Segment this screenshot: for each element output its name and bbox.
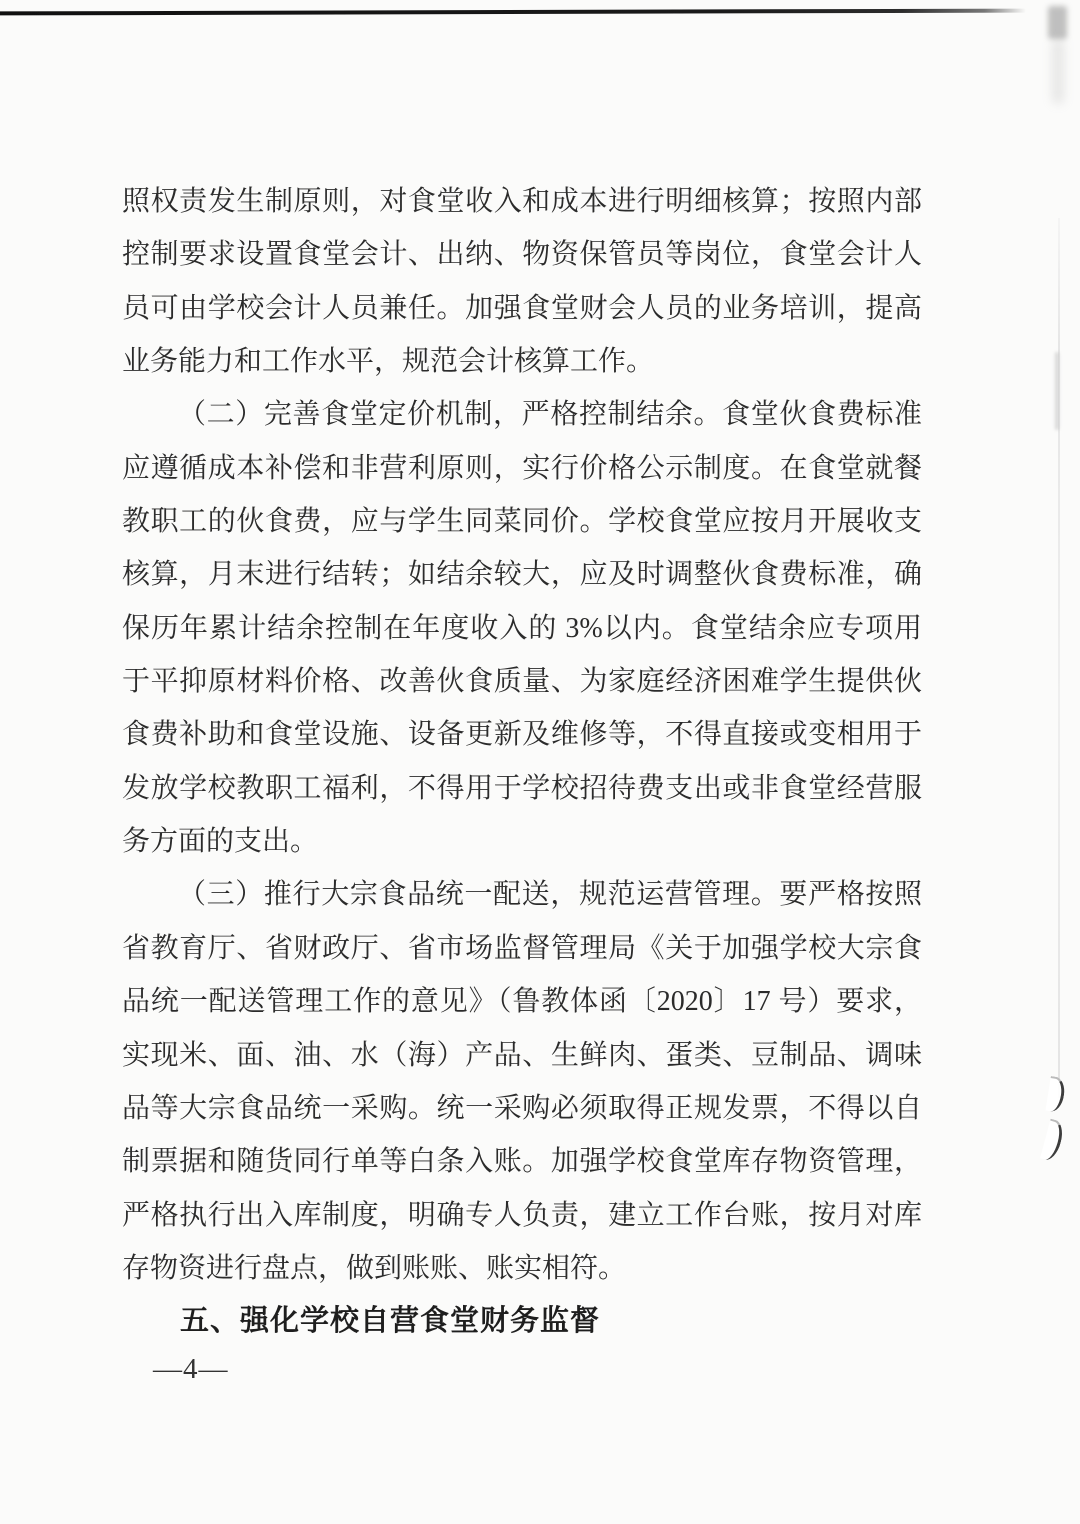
text-line: 实现米、面、油、水（海）产品、生鲜肉、蛋类、豆制品、调味 bbox=[122, 1029, 922, 1082]
scan-smudge-tail bbox=[1052, 38, 1064, 104]
text-line: 于平抑原材料价格、改善伙食质量、为家庭经济困难学生提供伙 bbox=[122, 655, 922, 708]
text-line: 制票据和随货同行单等白条入账。加强学校食堂库存物资管理， bbox=[122, 1135, 922, 1188]
text-line: 照权责发生制原则，对食堂收入和成本进行明细核算；按照内部 bbox=[122, 175, 922, 228]
text-line: 业务能力和工作水平，规范会计核算工作。 bbox=[122, 335, 922, 388]
document-body: 照权责发生制原则，对食堂收入和成本进行明细核算；按照内部控制要求设置食堂会计、出… bbox=[122, 175, 922, 1349]
binding-mark-lower bbox=[1040, 1119, 1066, 1163]
text-line: 务方面的支出。 bbox=[122, 815, 922, 868]
text-line: 严格执行出入库制度，明确专人负责，建立工作台账，按月对库 bbox=[122, 1189, 922, 1242]
scan-scratch-line bbox=[1058, 218, 1060, 1098]
text-line: 控制要求设置食堂会计、出纳、物资保管员等岗位，食堂会计人 bbox=[122, 228, 922, 281]
section-heading: 五、强化学校自营食堂财务监督 bbox=[122, 1295, 922, 1348]
text-line: （三）推行大宗食品统一配送，规范运营管理。要严格按照 bbox=[122, 868, 922, 921]
text-line: 省教育厅、省财政厅、省市场监督管理局《关于加强学校大宗食 bbox=[122, 922, 922, 975]
text-line: 存物资进行盘点，做到账账、账实相符。 bbox=[122, 1242, 922, 1295]
scan-scratch-wisp bbox=[1055, 352, 1059, 430]
text-line: （二）完善食堂定价机制，严格控制结余。食堂伙食费标准 bbox=[122, 388, 922, 441]
text-line: 核算，月末进行结转；如结余较大，应及时调整伙食费标准，确 bbox=[122, 548, 922, 601]
text-line: 发放学校教职工福利，不得用于学校招待费支出或非食堂经营服 bbox=[122, 762, 922, 815]
scanned-document-page: 照权责发生制原则，对食堂收入和成本进行明细核算；按照内部控制要求设置食堂会计、出… bbox=[0, 0, 1080, 1524]
text-line: 食费补助和食堂设施、设备更新及维修等，不得直接或变相用于 bbox=[122, 708, 922, 761]
binding-mark-upper bbox=[1045, 1076, 1066, 1113]
scan-smudge-top-right bbox=[1048, 6, 1067, 39]
body-lines: 照权责发生制原则，对食堂收入和成本进行明细核算；按照内部控制要求设置食堂会计、出… bbox=[122, 175, 922, 1295]
text-line: 保历年累计结余控制在年度收入的 3%以内。食堂结余应专项用 bbox=[122, 602, 922, 655]
text-line: 员可由学校会计人员兼任。加强食堂财会人员的业务培训，提高 bbox=[122, 282, 922, 335]
scan-edge-line bbox=[0, 9, 1026, 16]
text-line: 品统一配送管理工作的意见》（鲁教体函〔2020〕17 号）要求， bbox=[122, 975, 922, 1028]
text-line: 应遵循成本补偿和非营利原则，实行价格公示制度。在食堂就餐 bbox=[122, 442, 922, 495]
page-number: —4— bbox=[153, 1353, 229, 1386]
text-line: 品等大宗食品统一采购。统一采购必须取得正规发票，不得以自 bbox=[122, 1082, 922, 1135]
text-line: 教职工的伙食费，应与学生同菜同价。学校食堂应按月开展收支 bbox=[122, 495, 922, 548]
